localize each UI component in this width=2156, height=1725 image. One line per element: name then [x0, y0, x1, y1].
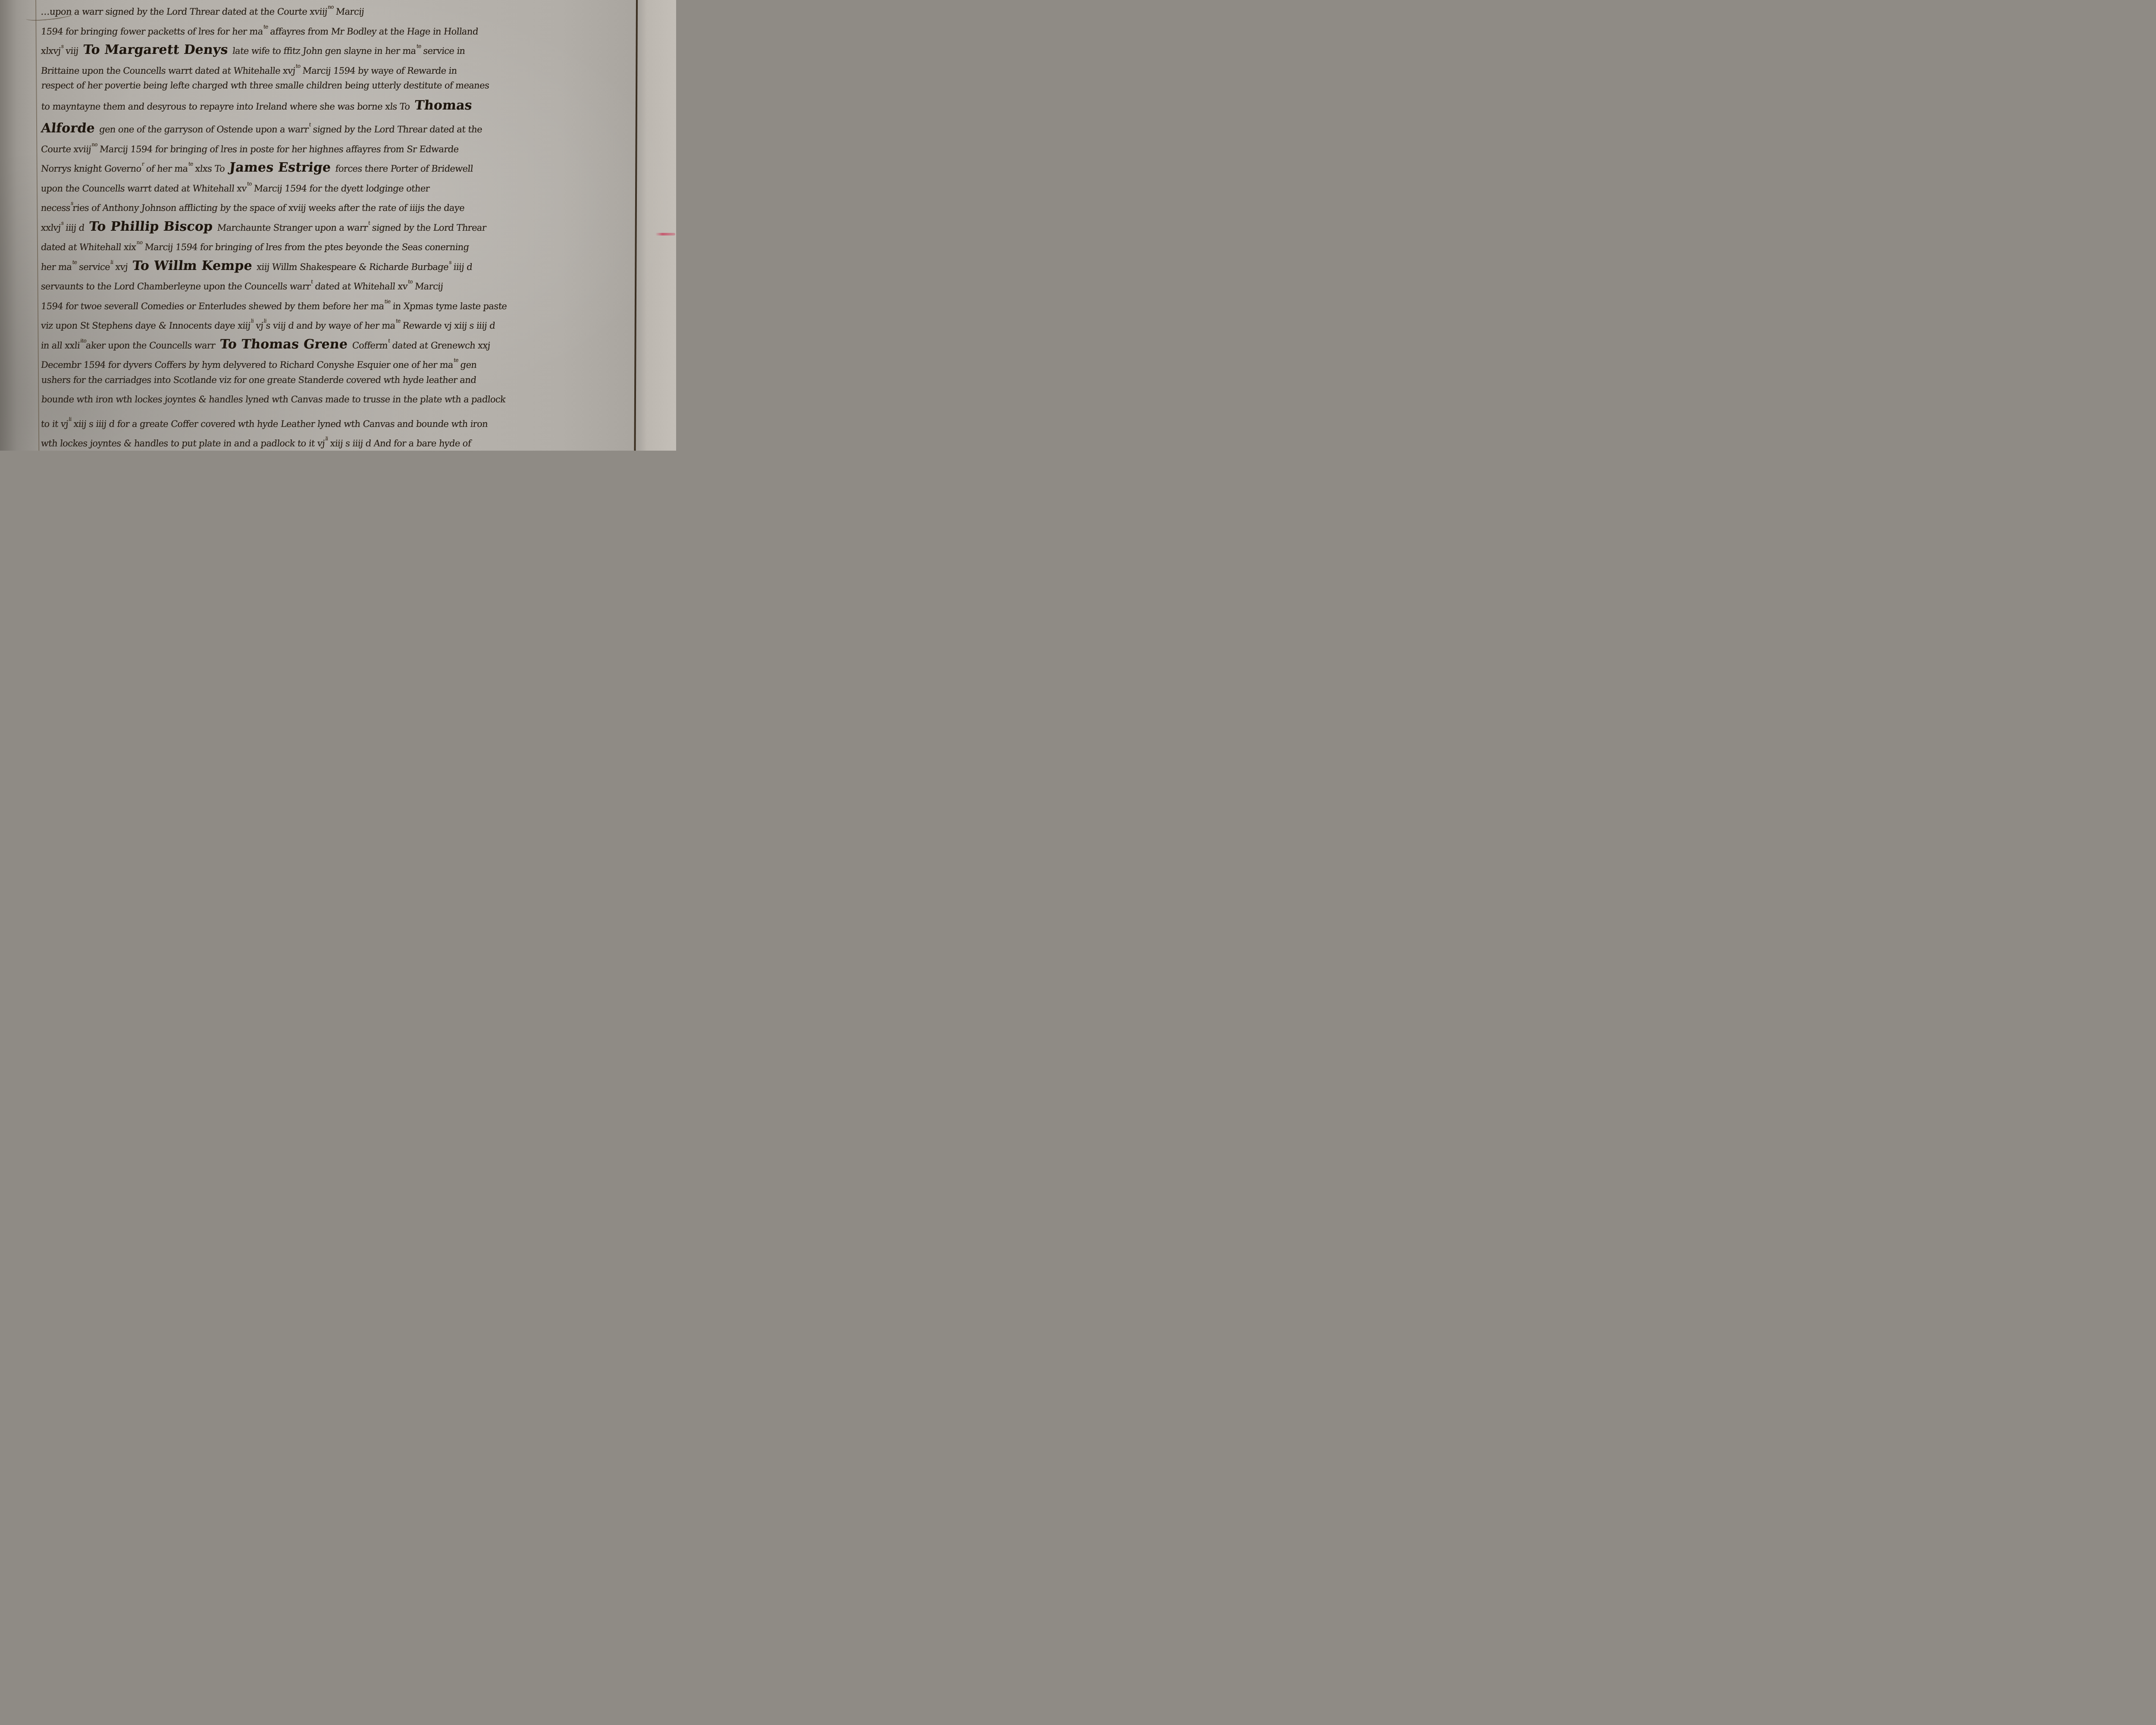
line-text: s the daye: [420, 203, 465, 213]
payee-name: James Estrige: [224, 160, 336, 175]
manuscript-line: wth lockes joyntes & handles to put plat…: [41, 429, 634, 449]
manuscript-line: bounde wth iron wth lockes joyntes & han…: [41, 390, 634, 410]
manuscript-line: Brittaine upon the Councells warrt dated…: [41, 56, 634, 76]
line-text: Norrys knight Governo: [41, 163, 142, 174]
manuscript-line: her mate serviceli xvj To Willm Kempe xi…: [41, 253, 634, 273]
line-text: xlxvj: [41, 46, 61, 56]
manuscript-line: Decembr 1594 for dyvers Coffers by hym d…: [41, 351, 634, 370]
manuscript-line: dated at Whitehall xixno Marcij 1594 for…: [41, 233, 634, 253]
manuscript-line: necesssries of Anthony Johnson afflictin…: [41, 194, 634, 213]
line-text: vj: [253, 320, 264, 331]
line-text: xlxs To: [192, 163, 225, 174]
line-text: upon the Councells warrt dated at Whiteh…: [41, 183, 247, 194]
manuscript-line: in all xxliitoaker upon the Councells wa…: [41, 331, 634, 351]
line-text: Rewarde vj: [399, 320, 452, 331]
manuscript-line: Courte xviijno Marcij 1594 for bringing …: [41, 135, 634, 155]
line-text: xxlvj: [41, 223, 61, 233]
manuscript-line: to mayntayne them and desyrous to repayr…: [41, 96, 634, 116]
line-text: viz upon St Stephens daye & Innocents da…: [41, 320, 251, 331]
payee-name: To Phillip Biscop: [84, 219, 218, 234]
line-text: Courte xviij: [41, 144, 92, 154]
line-text: Cofferm: [351, 340, 388, 351]
line-text: respect of her povertie being lefte char…: [41, 80, 490, 91]
line-text: Marcij: [332, 6, 364, 17]
line-text: in Xpmas tyme laste paste: [389, 301, 507, 311]
line-text: ushers for the carriadges into Scotlande…: [41, 375, 477, 385]
line-text: Decembr 1594 for dyvers Coffers by hym d…: [41, 360, 454, 370]
line-text: late wife to ffitz John gen slayne in he…: [232, 46, 417, 56]
line-text: Marchaunte Stranger upon a warr: [217, 223, 368, 233]
red-ink-mark: [655, 233, 675, 235]
line-text: wth lockes joyntes & handles to put plat…: [41, 438, 326, 448]
line-text: Marcij 1594 by waye of Rewarde in: [299, 66, 458, 76]
manuscript-line: respect of her povertie being lefte char…: [41, 76, 634, 96]
superscript-abbrev: tie: [384, 298, 391, 304]
line-text: xiij: [256, 262, 270, 272]
manuscript-line: viz upon St Stephens daye & Innocents da…: [41, 311, 634, 331]
manuscript-page: …upon a warr signed by the Lord Threar d…: [0, 0, 676, 451]
line-text: of her ma: [143, 163, 188, 174]
payee-name: To Margarett Denys: [78, 42, 233, 57]
line-text: affayres from Mr Bodley at the Hage in H…: [267, 26, 479, 37]
line-text: forces there: [335, 163, 389, 174]
line-text: Marcij 1594 for bringing of lres in post…: [97, 144, 459, 154]
payee-name: Alforde: [40, 121, 100, 136]
payee-name: Thomas: [409, 98, 473, 113]
line-text: xiij s iiij d: [451, 320, 495, 331]
line-text: to it vj: [41, 419, 69, 429]
line-text: bounde wth iron wth lockes joyntes & han…: [41, 394, 506, 405]
line-text: iiij d: [450, 262, 473, 272]
line-text: service in: [420, 46, 466, 56]
line-text: gen one of the garryson of Ostende upon …: [99, 124, 309, 135]
line-text: Willm Shakespeare & Richarde Burbage: [269, 262, 449, 272]
line-text: s viij d and by waye of her ma: [266, 320, 396, 331]
line-text: dated at Grenewch xxj: [389, 340, 491, 351]
line-text: Porter of Bridewell: [387, 163, 473, 174]
line-text: Marcij: [412, 281, 444, 292]
manuscript-text: …upon a warr signed by the Lord Threar d…: [41, 0, 633, 451]
manuscript-line: servaunts to the Lord Chamberleyne upon …: [41, 272, 634, 292]
line-text: to mayntayne them and desyrous to repayr…: [41, 101, 383, 112]
manuscript-line: 1594 for twoe severall Comedies or Enter…: [41, 292, 634, 312]
line-text: iiij d: [63, 223, 85, 233]
payee-name: To Willm Kempe: [127, 258, 257, 273]
line-text: dated at Whitehall xix: [41, 242, 137, 252]
manuscript-line: 1594 for bringing fower packetts of lres…: [41, 17, 634, 37]
line-text: Marcij 1594 for bringing of lres from th…: [141, 242, 470, 252]
line-text: 1594 for twoe severall Comedies or Enter…: [41, 301, 385, 311]
line-text: …upon a warr signed by the Lord Threar d…: [41, 6, 328, 17]
left-margin-rule: [35, 0, 39, 451]
line-text: xiij s iiij d And for a bare hyde of: [327, 438, 471, 448]
line-text: 1594 for bringing fower packetts of lres…: [41, 26, 263, 37]
line-text: in all xxli: [41, 340, 81, 351]
line-text: gen: [457, 360, 477, 370]
manuscript-line: xlxvjs viij To Margarett Denys late wife…: [41, 37, 634, 56]
manuscript-line: ushers for the carriadges into Scotlande…: [41, 370, 634, 390]
line-text: Brittaine upon the Councells warrt dated…: [41, 66, 296, 76]
line-text: servaunts to the Lord Chamberleyne upon …: [41, 281, 311, 292]
line-text: her ma: [41, 262, 72, 272]
manuscript-line: …upon a warr signed by the Lord Threar d…: [41, 0, 634, 17]
manuscript-line: upon the Councells warrt dated at Whiteh…: [41, 174, 634, 194]
manuscript-line: to it vjli xiij s iiij d for a greate Co…: [41, 410, 634, 430]
line-text: aker upon the Councells warr: [85, 340, 216, 351]
manuscript-line: Alforde gen one of the garryson of Osten…: [41, 115, 634, 135]
line-text: ries of Anthony Johnson afflicting by th…: [72, 203, 420, 213]
line-text: signed by the Lord Threar: [369, 223, 487, 233]
manuscript-line: xxlvjs iiij d To Phillip Biscop Marchaun…: [41, 213, 634, 233]
line-text: xls To: [382, 101, 411, 112]
line-text: dated at Whitehall xv: [312, 281, 408, 292]
manuscript-line: Oxeleather to cover the carte vjli xiij …: [41, 449, 634, 451]
line-text: xiij s iiij d for a greate Coffer covere…: [70, 419, 488, 429]
line-text: Marcij 1594 for the dyett lodginge other: [251, 183, 430, 194]
line-text: viij: [63, 46, 79, 56]
line-text: xvj: [112, 262, 128, 272]
manuscript-line: Norrys knight Governor of her mate xlxs …: [41, 154, 634, 174]
line-text: signed by the Lord Threar dated at the: [310, 124, 483, 135]
line-text: necess: [41, 203, 71, 213]
payee-name: To Thomas Grene: [214, 337, 353, 352]
line-text: service: [76, 262, 110, 272]
right-margin-rule: [634, 0, 638, 451]
